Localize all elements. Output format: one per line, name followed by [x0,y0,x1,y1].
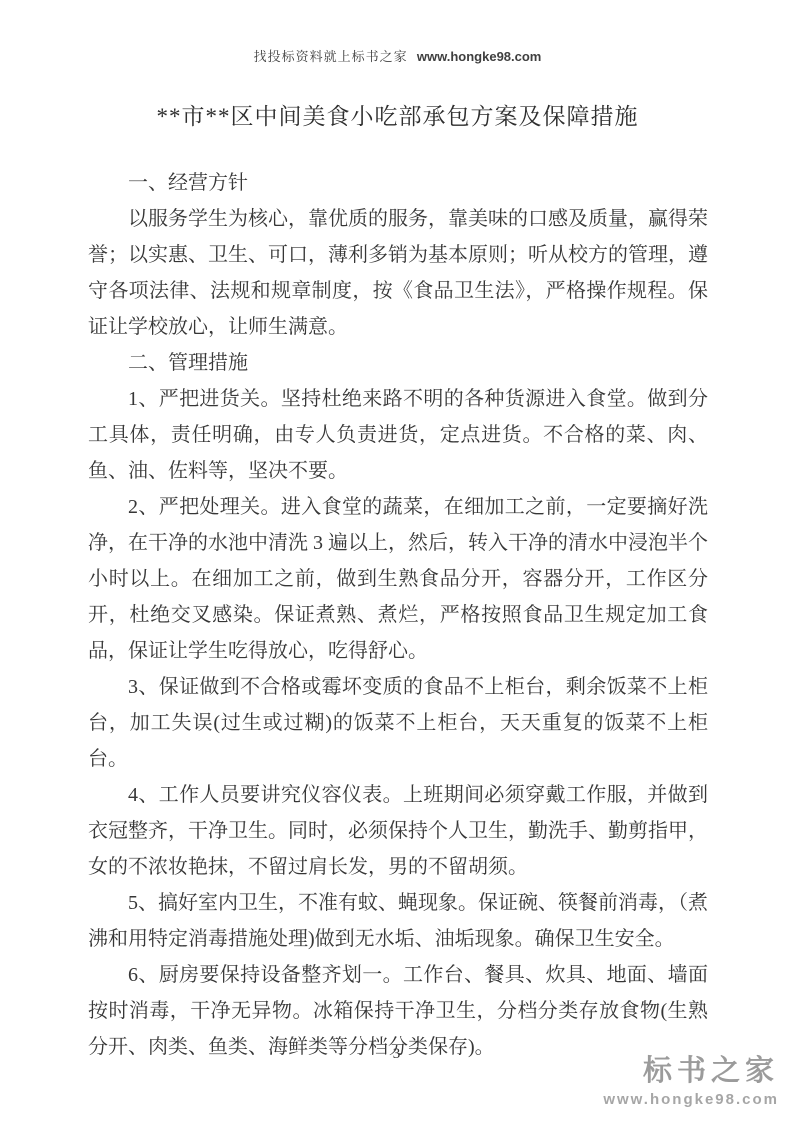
section-heading-1: 一、经营方针 [88,165,708,201]
document-body: 一、经营方针 以服务学生为核心，靠优质的服务，靠美味的口感及质量，赢得荣誉；以实… [88,165,708,1065]
paragraph-item-5: 5、搞好室内卫生，不准有蚊、蝇现象。保证碗、筷餐前消毒，（煮沸和用特定消毒措施处… [88,885,708,957]
watermark: 标书之家 www.hongke98.com [603,1056,779,1108]
watermark-url: www.hongke98.com [603,1092,779,1109]
header-site-url: www.hongke98.com [417,49,542,64]
paragraph-operating-policy: 以服务学生为核心，靠优质的服务，靠美味的口感及质量，赢得荣誉；以实惠、卫生、可口… [88,201,708,345]
paragraph-item-4: 4、工作人员要讲究仪容仪表。上班期间必须穿戴工作服，并做到衣冠整齐，干净卫生。同… [88,777,708,885]
document-page: 找投标资料就上标书之家 www.hongke98.com **市**区中间美食小… [0,0,793,1122]
watermark-brand: 标书之家 [603,1056,779,1088]
paragraph-item-2: 2、严把处理关。进入食堂的蔬菜，在细加工之前，一定要摘好洗净，在干净的水池中清洗… [88,489,708,669]
header-site-name: 找投标资料就上标书之家 [254,49,408,64]
document-title: **市**区中间美食小吃部承包方案及保障措施 [88,98,707,131]
paragraph-item-1: 1、严把进货关。坚持杜绝来路不明的各种货源进入食堂。做到分工具体，责任明确，由专… [88,381,708,489]
section-heading-2: 二、管理措施 [88,345,708,381]
page-header: 找投标资料就上标书之家 www.hongke98.com [88,46,707,66]
paragraph-item-3: 3、保证做到不合格或霉坏变质的食品不上柜台，剩余饭菜不上柜台，加工失误(过生或过… [88,669,708,777]
